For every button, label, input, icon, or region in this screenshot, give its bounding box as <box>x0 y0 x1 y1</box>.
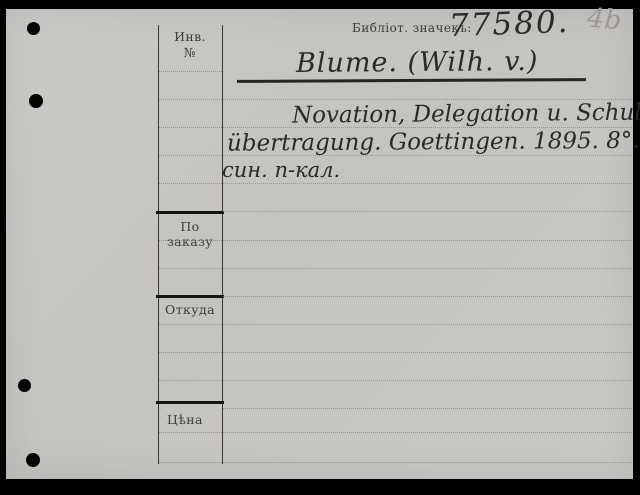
section-divider <box>156 401 224 404</box>
title-line-3: син. п-кал. <box>222 158 340 182</box>
scanned-catalog-card: Инв. № По заказу Откуда Цѣна Библіот. зн… <box>0 0 640 495</box>
inventory-number-label: Инв. № <box>158 29 222 61</box>
ruled-line <box>159 183 632 184</box>
ruled-line <box>223 211 632 212</box>
punch-hole <box>26 453 40 467</box>
column-border-right <box>222 25 223 464</box>
ruled-line <box>159 432 632 433</box>
title-line-1: Novation, Delegation u. Schuld= <box>292 99 640 128</box>
pencil-corner-mark: 4b <box>586 3 623 37</box>
ruled-line <box>159 462 632 463</box>
inventory-label-line2: № <box>158 45 222 61</box>
price-label: Цѣна <box>158 412 222 427</box>
title-line-2: übertragung. Goettingen. 1895. 8°. Пер. <box>227 127 640 156</box>
inventory-label-line1: Инв. <box>158 29 222 45</box>
ruled-line <box>159 240 632 241</box>
ruled-line <box>223 408 632 409</box>
section-divider <box>156 211 224 214</box>
ruled-line <box>159 71 222 72</box>
section-divider <box>156 295 224 298</box>
ruled-line <box>159 324 632 325</box>
author-heading-handwritten: Blume. (Wilh. v.) <box>296 46 539 79</box>
punch-hole <box>29 94 43 108</box>
ruled-line <box>159 268 632 269</box>
ruled-line <box>223 296 632 297</box>
ruled-line <box>159 352 632 353</box>
ruled-line <box>159 380 632 381</box>
punch-hole <box>27 22 40 35</box>
origin-label: Откуда <box>158 302 222 317</box>
order-label: По заказу <box>158 219 222 249</box>
punch-hole <box>18 379 31 392</box>
stamp-number-handwritten: 77580. <box>448 4 570 44</box>
